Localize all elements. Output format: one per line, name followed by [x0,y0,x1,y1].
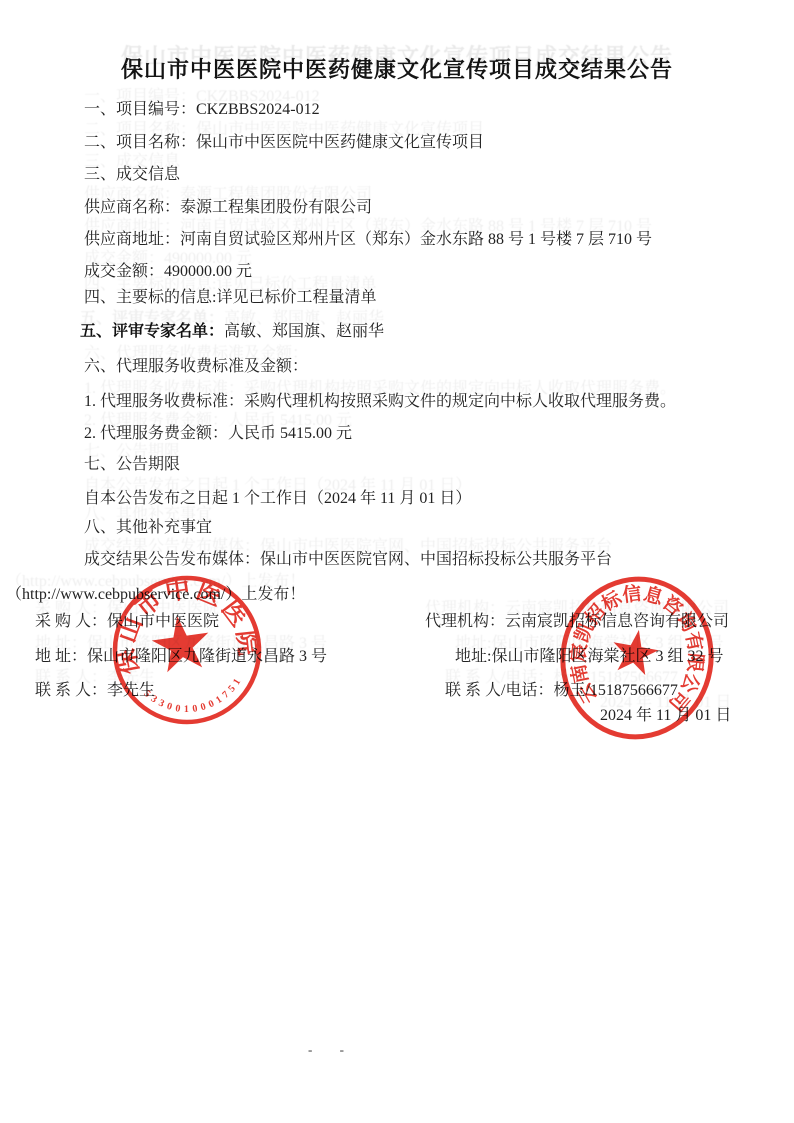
document-page: 保山市中医医院中医药健康文化宣传项目成交结果公告 一、项目编号：CKZBBS20… [0,0,794,1123]
line-notice-period-head: 七、公告期限 [84,455,180,475]
line-experts: 五、评审专家名单：高敏、郑国旗、赵丽华 [80,322,384,342]
line-publish-media: 成交结果公告发布媒体：保山市中医医院官网、中国招标投标公共服务平台 [84,550,612,570]
hospital-round-seal-icon: 保山市中医医院 5330010001751 [105,568,269,732]
page-number: - - [308,1042,356,1058]
star-icon [149,612,213,674]
line-agency-fee-head: 六、代理服务收费标准及金额： [84,357,308,377]
line-deal-amount: 成交金额：490000.00 元 [84,262,252,282]
experts-label: 五、评审专家名单： [80,323,224,340]
line-other-head: 八、其他补充事宜 [84,518,212,538]
experts-names: 高敏、郑国旗、赵丽华 [224,323,384,340]
line-fee-amount: 2. 代理服务费金额：人民币 5415.00 元 [84,424,352,444]
line-project-number: 一、项目编号：CKZBBS2024-012 [84,100,320,120]
seal-org-text: 保山市中医医院 [105,568,263,677]
star-icon [609,626,661,677]
line-supplier-addr: 供应商地址：河南自贸试验区郑州片区（郑东）金水东路 88 号 1 号楼 7 层 … [84,230,652,250]
line-project-name: 二、项目名称：保山市中医医院中医药健康文化宣传项目 [84,133,484,153]
svg-text:保山市中医医院: 保山市中医医院 [105,568,263,677]
line-notice-period: 自本公告发布之日起 1 个工作日（2024 年 11 月 01 日） [84,489,471,509]
line-supplier-name: 供应商名称：泰源工程集团股份有限公司 [84,198,372,218]
agency-oval-seal-icon: 云南宸凯招标信息咨询有限公司 [549,568,725,748]
page-title: 保山市中医医院中医药健康文化宣传项目成交结果公告 [0,53,794,84]
line-deal-info-head: 三、成交信息 [84,165,180,185]
line-subject-info: 四、主要标的信息:详见已标价工程量清单 [84,288,376,308]
line-fee-standard: 1. 代理服务收费标准：采购代理机构按照采购文件的规定向中标人收取代理服务费。 [84,392,676,412]
